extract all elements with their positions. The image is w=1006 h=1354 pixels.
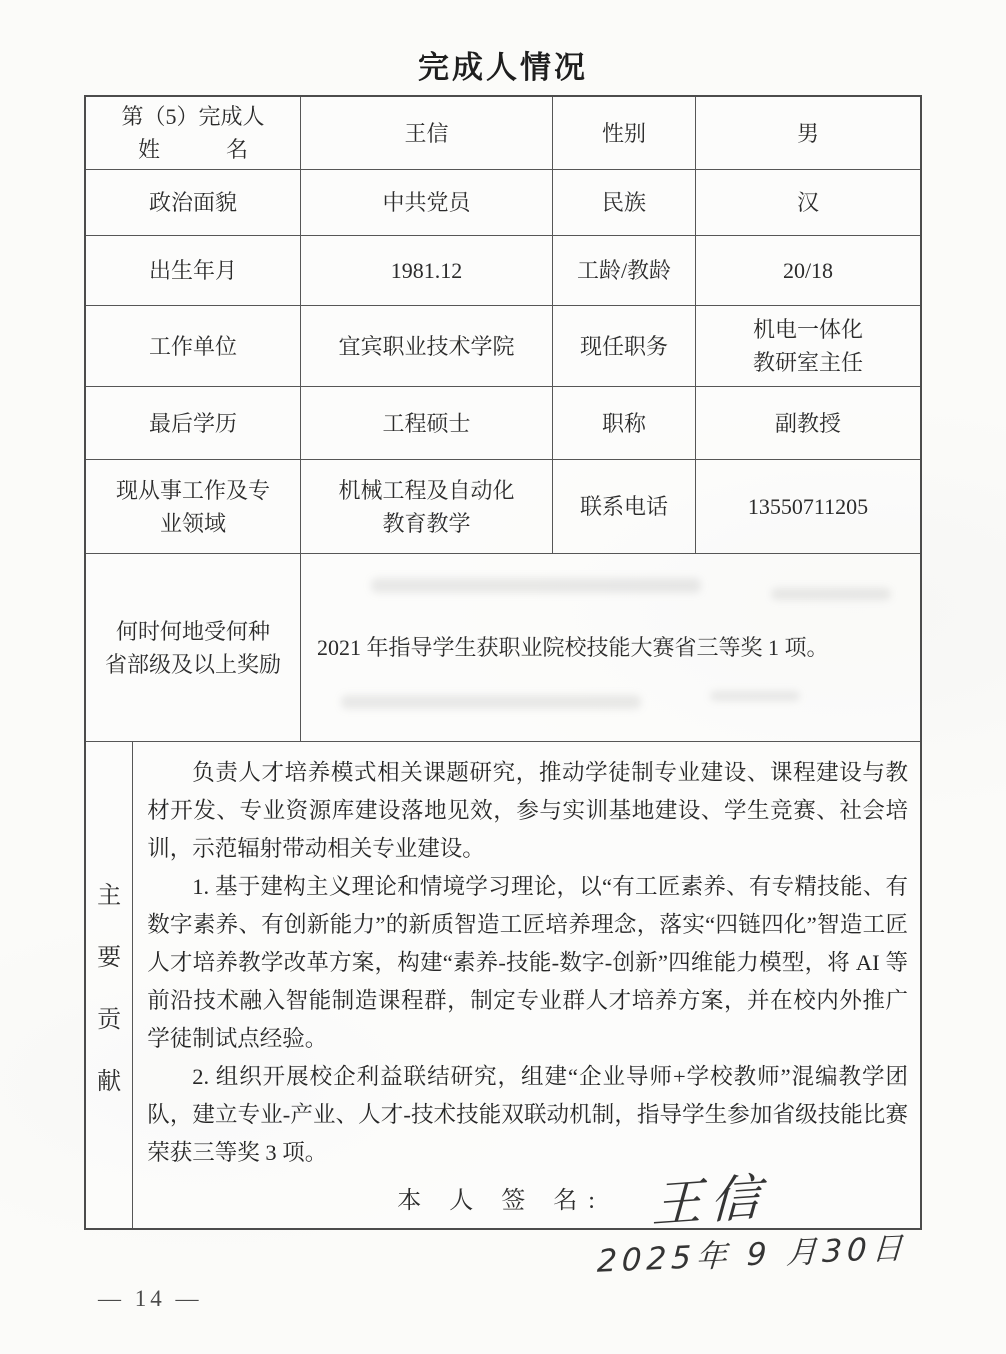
label-main-contributions: 主 要 贡 献 bbox=[86, 742, 133, 1228]
label-char: 贡 bbox=[97, 999, 121, 1034]
value-work-years: 20/18 bbox=[696, 236, 920, 305]
label-education: 最后学历 bbox=[86, 387, 301, 459]
table-row-political: 政治面貌 中共党员 民族 汉 bbox=[86, 170, 920, 236]
contribution-paragraph: 2. 组织开展校企利益联结研究，组建“企业导师+学校教师”混编教学团队，建立专业… bbox=[147, 1058, 908, 1172]
handwritten-date: 2025年 9 月30日 bbox=[597, 1229, 909, 1281]
label-current-field: 现从事工作及专 业领域 bbox=[86, 460, 301, 553]
value-current-position: 机电一体化 教研室主任 bbox=[696, 306, 920, 386]
label-phone: 联系电话 bbox=[553, 460, 696, 553]
page-number: — 14 — bbox=[98, 1286, 203, 1312]
ink-bleed-artifact bbox=[341, 695, 641, 709]
signature-label: 本 人 签 名: bbox=[397, 1182, 606, 1220]
table-row-name: 第（5）完成人 姓 名 王信 性别 男 bbox=[86, 97, 920, 170]
label-employer: 工作单位 bbox=[86, 306, 301, 386]
label-gender: 性别 bbox=[553, 97, 696, 169]
label-political-status: 政治面貌 bbox=[86, 170, 301, 235]
value-employer: 宜宾职业技术学院 bbox=[301, 306, 553, 386]
value-gender: 男 bbox=[696, 97, 920, 169]
label-completer-name: 第（5）完成人 姓 名 bbox=[86, 97, 301, 169]
label-ethnicity: 民族 bbox=[553, 170, 696, 235]
completer-info-table: 第（5）完成人 姓 名 王信 性别 男 政治面貌 中共党员 民族 汉 出生年月 … bbox=[84, 95, 922, 1230]
table-row-field: 现从事工作及专 业领域 机械工程及自动化 教育教学 联系电话 135507112… bbox=[86, 460, 920, 554]
ink-bleed-artifact bbox=[710, 691, 800, 701]
signature-line: 本 人 签 名: 王信 bbox=[397, 1176, 908, 1226]
table-row-contributions: 主 要 贡 献 负责人才培养模式相关课题研究，推动学徒制专业建设、课程建设与教材… bbox=[86, 742, 920, 1228]
awards-text: 2021 年指导学生获职业院校技能大赛省三等奖 1 项。 bbox=[317, 631, 829, 664]
contribution-paragraph: 负责人才培养模式相关课题研究，推动学徒制专业建设、课程建设与教材开发、专业资源库… bbox=[147, 754, 908, 868]
label-awards: 何时何地受何种 省部级及以上奖励 bbox=[86, 554, 301, 741]
value-title: 副教授 bbox=[696, 387, 920, 459]
value-phone: 13550711205 bbox=[696, 460, 920, 553]
value-political-status: 中共党员 bbox=[301, 170, 553, 235]
value-awards: 2021 年指导学生获职业院校技能大赛省三等奖 1 项。 bbox=[301, 554, 920, 741]
value-education: 工程硕士 bbox=[301, 387, 553, 459]
label-birth-date: 出生年月 bbox=[86, 236, 301, 305]
value-completer-name: 王信 bbox=[301, 97, 553, 169]
label-char: 要 bbox=[97, 937, 121, 972]
ink-bleed-artifact bbox=[371, 578, 701, 593]
label-work-years: 工龄/教龄 bbox=[553, 236, 696, 305]
table-row-education: 最后学历 工程硕士 职称 副教授 bbox=[86, 387, 920, 460]
label-char: 献 bbox=[97, 1061, 121, 1096]
value-ethnicity: 汉 bbox=[696, 170, 920, 235]
page-title: 完成人情况 bbox=[0, 42, 1006, 87]
table-row-awards: 何时何地受何种 省部级及以上奖励 2021 年指导学生获职业院校技能大赛省三等奖… bbox=[86, 554, 920, 742]
table-row-employer: 工作单位 宜宾职业技术学院 现任职务 机电一体化 教研室主任 bbox=[86, 306, 920, 387]
contributions-content: 负责人才培养模式相关课题研究，推动学徒制专业建设、课程建设与教材开发、专业资源库… bbox=[133, 742, 920, 1228]
contribution-paragraph: 1. 基于建构主义理论和情境学习理论，以“有工匠素养、有专精技能、有数字素养、有… bbox=[147, 868, 908, 1058]
label-title: 职称 bbox=[553, 387, 696, 459]
value-current-field: 机械工程及自动化 教育教学 bbox=[301, 460, 553, 553]
label-current-position: 现任职务 bbox=[553, 306, 696, 386]
value-birth-date: 1981.12 bbox=[301, 236, 553, 305]
table-row-birth: 出生年月 1981.12 工龄/教龄 20/18 bbox=[86, 236, 920, 306]
scanned-document-page: 完成人情况 第（5）完成人 姓 名 王信 性别 男 政治面貌 中共党员 民族 汉… bbox=[0, 0, 1006, 1354]
handwritten-signature: 王信 bbox=[651, 1172, 768, 1230]
label-char: 主 bbox=[97, 875, 121, 910]
ink-bleed-artifact bbox=[771, 588, 891, 600]
